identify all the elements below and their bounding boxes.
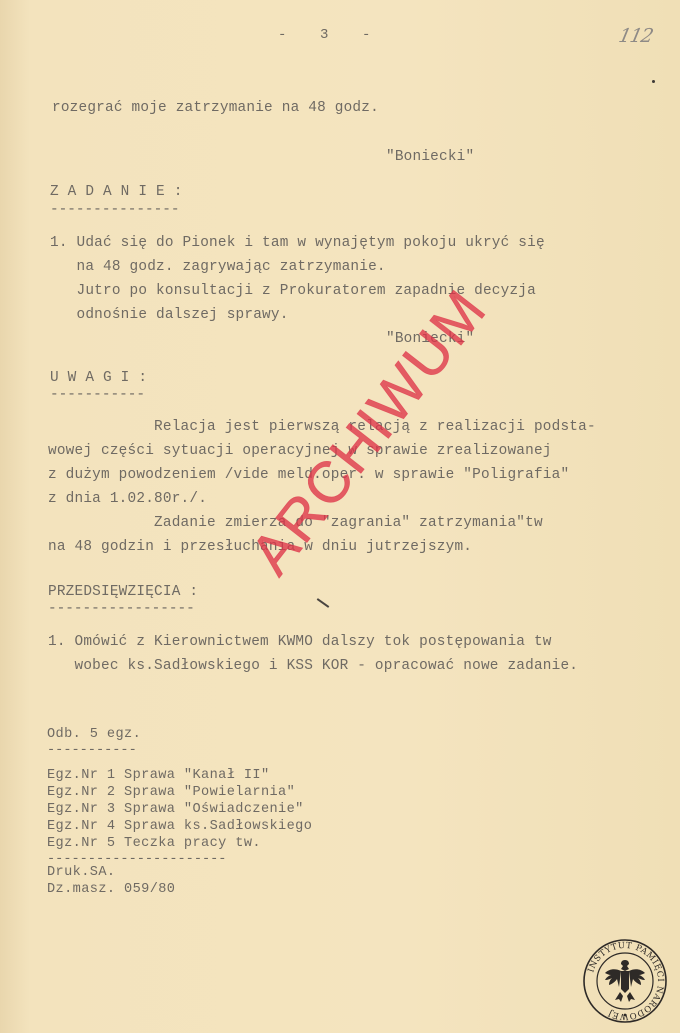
zadanie-line: odnośnie dalszej sprawy. [50, 307, 289, 323]
ink-speck [652, 80, 655, 83]
page-number: - 3 - [278, 27, 370, 43]
uwagi-line: Relacja jest pierwszą relacją z realizac… [48, 419, 596, 435]
zadanie-line: 1. Udać się do Pionek i tam w wynajętym … [50, 235, 545, 251]
signature-boniecki-1: "Boniecki" [386, 149, 474, 165]
section-heading-zadanie: Z A D A N I E : [50, 184, 183, 200]
handwritten-folio-number: 112 [617, 25, 655, 47]
przedsiewziecia-line: 1. Omówić z Kierownictwem KWMO dalszy to… [48, 634, 552, 650]
section-underline-zadanie: --------------- [50, 202, 180, 218]
distribution-copy: Egz.Nr 4 Sprawa ks.Sadłowskiego [47, 818, 312, 835]
distribution-footer: Dz.masz. 059/80 [47, 881, 175, 898]
section-underline-przedsiewziecia: ----------------- [48, 601, 195, 617]
ink-mark [317, 598, 330, 608]
ipn-seal-icon: INSTYTUT PAMIĘCI NARODOWEJ [582, 938, 668, 1024]
distribution-footer: Druk.SA. [47, 864, 115, 881]
section-underline-uwagi: ----------- [50, 387, 145, 403]
section-heading-uwagi: U W A G I : [50, 370, 147, 386]
distribution-underline: ----------- [47, 742, 137, 759]
distribution-copy: Egz.Nr 3 Sprawa "Oświadczenie" [47, 801, 304, 818]
section-heading-przedsiewziecia: PRZEDSIĘWZIĘCIA : [48, 584, 198, 600]
zadanie-line: na 48 godz. zagrywając zatrzymanie. [50, 259, 386, 275]
distribution-copy: Egz.Nr 1 Sprawa "Kanał II" [47, 767, 270, 784]
przedsiewziecia-line: wobec ks.Sadłowskiego i KSS KOR - opraco… [48, 658, 578, 674]
uwagi-line: z dnia 1.02.80r./. [48, 491, 207, 507]
continuation-line: rozegrać moje zatrzymanie na 48 godz. [52, 100, 379, 116]
distribution-heading: Odb. 5 egz. [47, 726, 141, 743]
distribution-copy: Egz.Nr 5 Teczka pracy tw. [47, 835, 261, 852]
distribution-copy: Egz.Nr 2 Sprawa "Powielarnia" [47, 784, 295, 801]
uwagi-line: wowej części sytuacji operacyjnej w spra… [48, 443, 552, 459]
